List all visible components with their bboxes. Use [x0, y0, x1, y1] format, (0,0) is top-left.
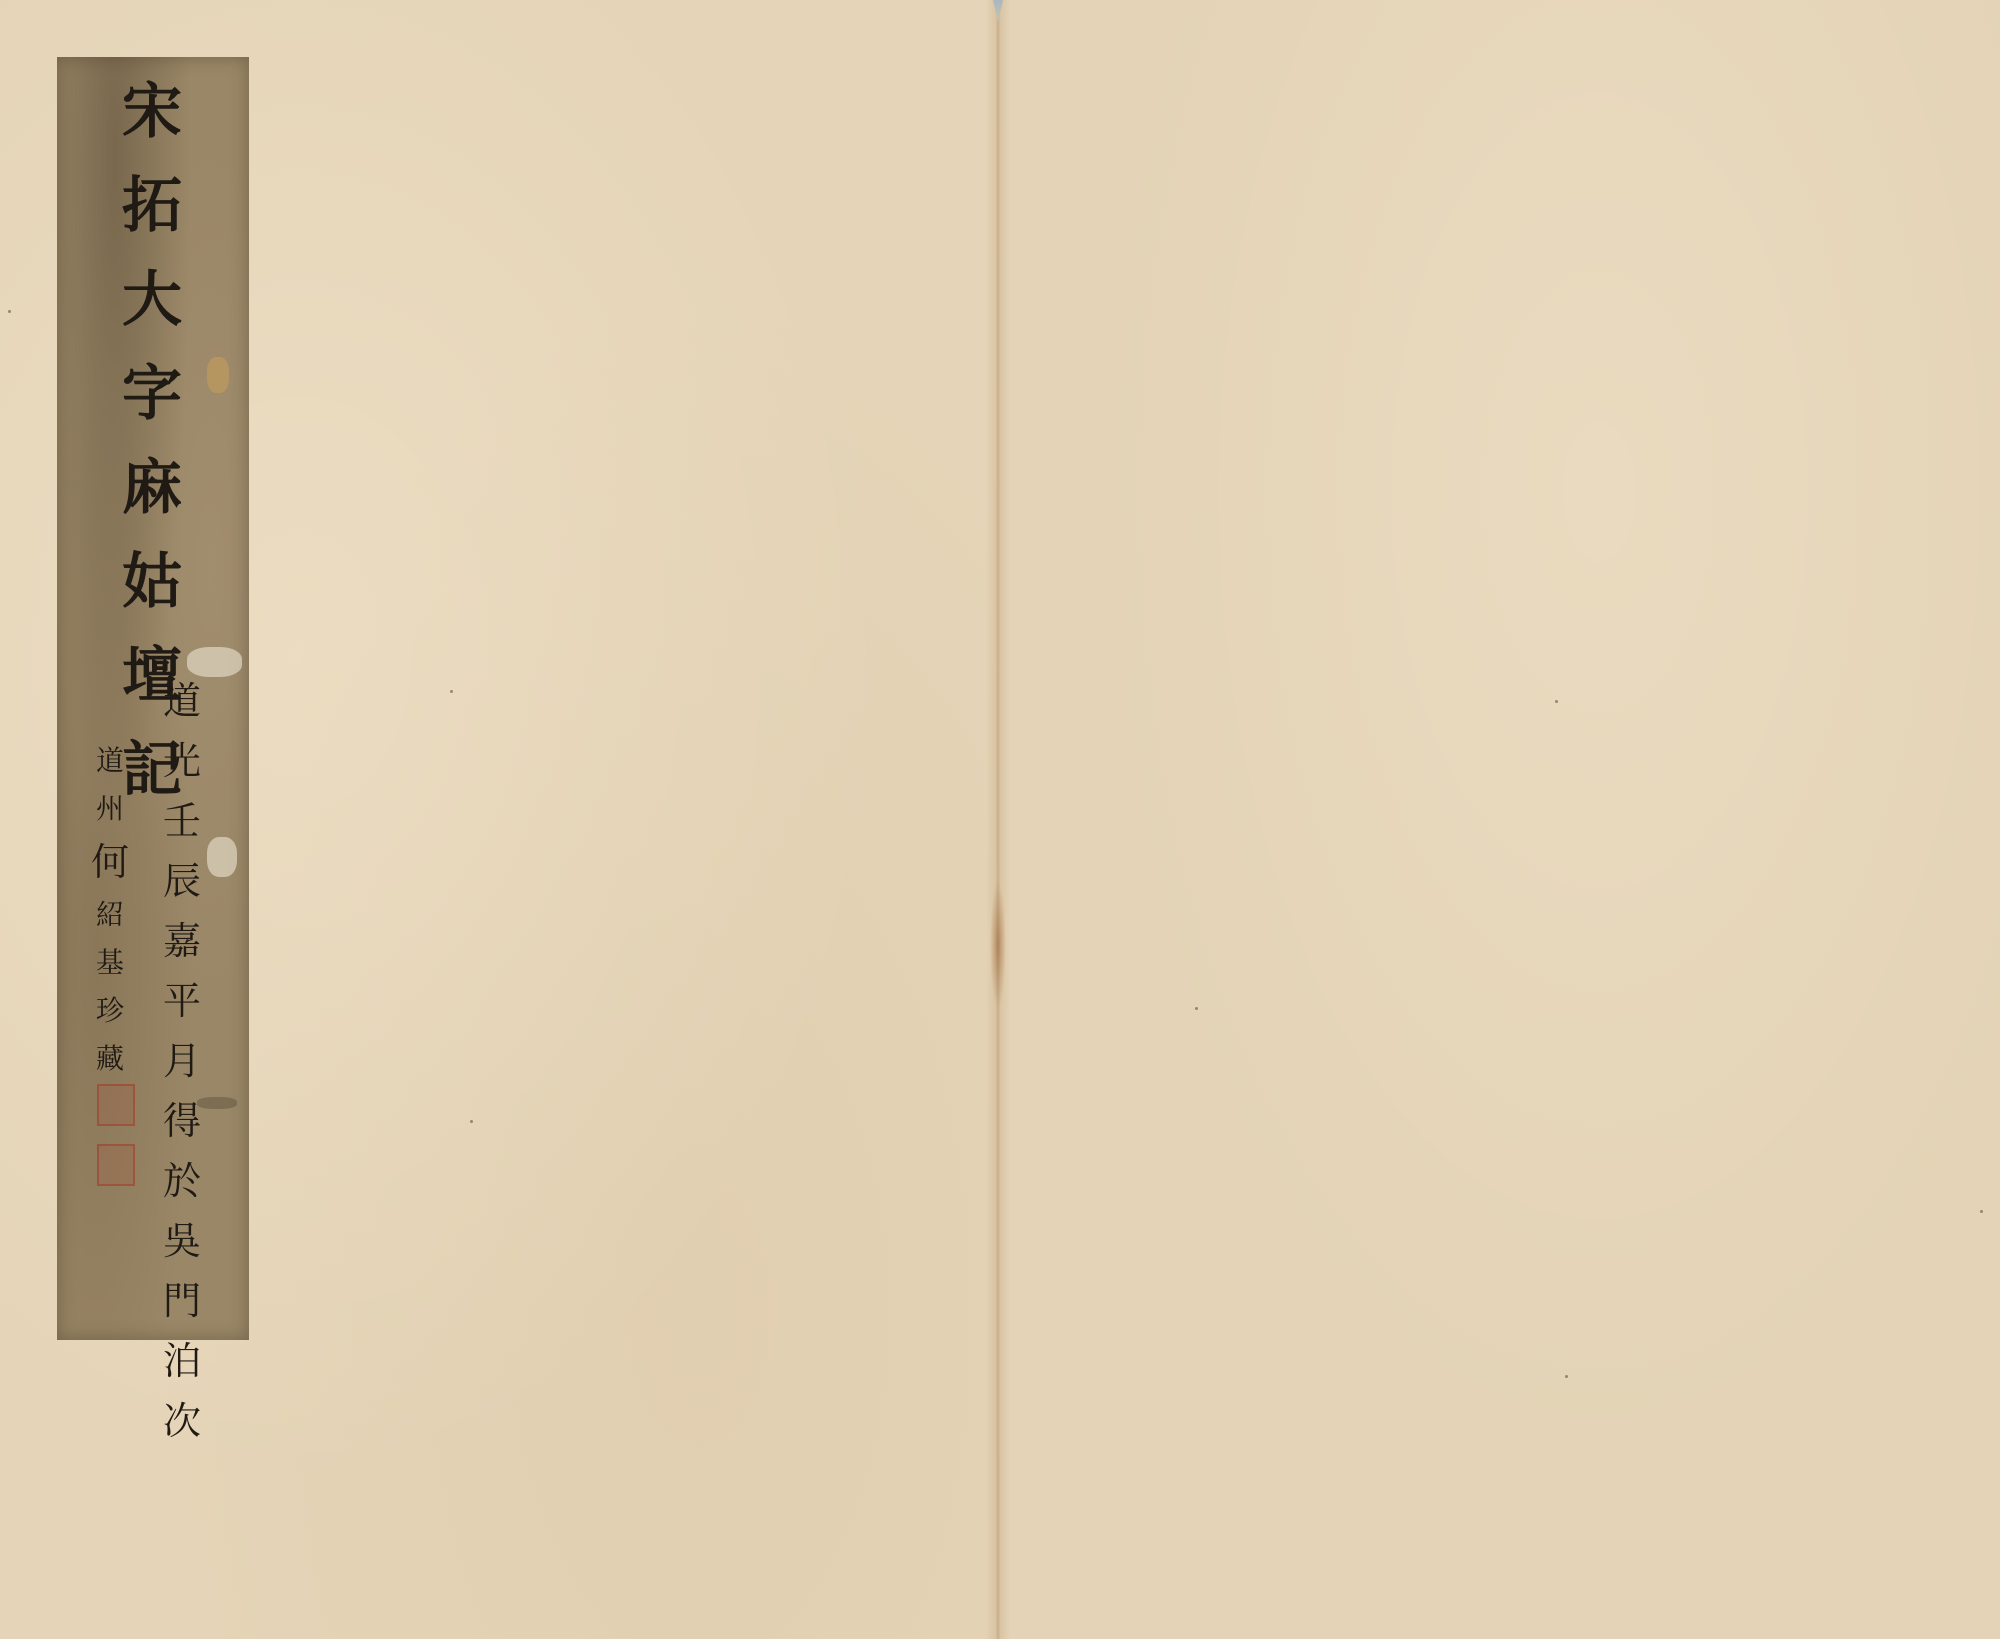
title-char: 姑 — [122, 552, 182, 646]
paper-speck — [8, 310, 11, 313]
inscription-char: 於 — [163, 1162, 201, 1222]
signature-closing-char: 珍 — [96, 997, 124, 1045]
title-char: 麻 — [122, 458, 182, 552]
album-gutter-fold — [986, 0, 1010, 1639]
inscription-char: 門 — [163, 1282, 201, 1342]
inscription-char: 壬 — [163, 802, 201, 862]
signature-column: 道 州 何 紹 基 珍 藏 — [87, 747, 133, 1093]
paper-damage — [187, 647, 242, 677]
inscription-char: 月 — [163, 1042, 201, 1102]
red-seal-icon — [97, 1084, 135, 1126]
paper-speck — [470, 1120, 473, 1123]
title-char: 宋 — [122, 82, 182, 176]
inscription-char: 吳 — [163, 1222, 201, 1282]
signature-name-char: 何 — [91, 843, 129, 901]
paper-damage — [207, 357, 229, 393]
title-char: 拓 — [122, 176, 182, 270]
paper-speck — [1565, 1375, 1568, 1378]
title-char: 大 — [122, 270, 182, 364]
inscription-char: 得 — [163, 1102, 201, 1162]
inscription-char: 嘉 — [163, 922, 201, 982]
signature-place-char: 道 — [96, 747, 124, 795]
inscription-char: 辰 — [163, 862, 201, 922]
paper-speck — [450, 690, 453, 693]
inscription-char: 道 — [163, 682, 201, 742]
red-seal-icon — [97, 1144, 135, 1186]
inscription-char: 光 — [163, 742, 201, 802]
calligraphy-title-label: 宋 拓 大 字 麻 姑 壇 記 道 光 壬 辰 嘉 平 月 得 於 吳 門 泊 … — [57, 57, 249, 1340]
signature-name-char: 基 — [96, 949, 124, 997]
inscription-char: 平 — [163, 982, 201, 1042]
signature-place-char: 州 — [96, 795, 124, 843]
paper-speck — [1195, 1007, 1198, 1010]
inscription-char: 泊 — [163, 1342, 201, 1402]
signature-name-char: 紹 — [96, 901, 124, 949]
gutter-stain — [990, 880, 1006, 1010]
title-char: 字 — [122, 364, 182, 458]
inscription-column: 道 光 壬 辰 嘉 平 月 得 於 吳 門 泊 次 — [157, 682, 207, 1462]
inscription-char: 次 — [163, 1402, 201, 1462]
paper-damage — [207, 837, 237, 877]
right-album-leaf — [998, 0, 2000, 1639]
paper-speck — [1555, 700, 1558, 703]
paper-speck — [1980, 1210, 1983, 1213]
